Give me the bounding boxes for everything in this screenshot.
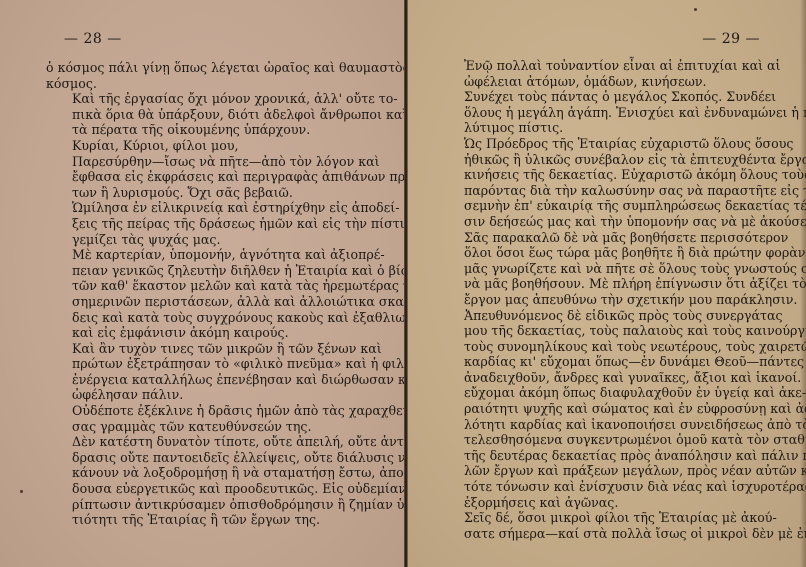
text-line: Δὲν κατέστη δυνατὸν τίποτε, οὔτε ἀπειλή,… <box>46 434 376 450</box>
left-page: — 28 — ὁ κόσμος πάλι γίνῃ ὅπως λέγεται ὡ… <box>0 0 406 567</box>
book-spread: — 28 — ὁ κόσμος πάλι γίνῃ ὅπως λέγεται ὡ… <box>0 0 806 567</box>
text-line: κινήσεις τῆς δεκαετίας. Εὐχαριστῶ ἀκόμη … <box>438 167 768 183</box>
text-line: ραιότητι ψυχῆς καὶ σώματος καὶ ἐν εὐφροσ… <box>438 401 768 417</box>
text-line: πρώτων ἐξετράπησαν τὸ «φιλικὸ πνεῦμα» κα… <box>46 356 376 372</box>
text-line: σεμνὴν ἐπ' εὐκαιρίᾳ τῆς συμπληρώσεως δεκ… <box>438 198 768 214</box>
paragraph: Σεῖς δέ, ὅσοι μικροὶ φίλοι τῆς Ἑταιρίας … <box>438 510 768 541</box>
text-line: λότητι καρδίας καὶ ἱκανοποιήσει συνειδήσ… <box>438 417 768 433</box>
text-line: Κυρίαι, Κύριοι, φίλοι μου, <box>46 138 376 154</box>
text-line: ὅλοι ὅσοι ἕως τώρα μᾶς βοηθῆτε ἢ διὰ πρώ… <box>438 245 768 261</box>
text-line: πικὰ ὅρια θὰ ὑπάρξουν, διότι ἀδελφοὶ ἄνθ… <box>46 107 376 123</box>
paragraph: Μὲ καρτερίαν, ὑπομονήν, ἁγνότητα καὶ ἀξι… <box>46 247 376 341</box>
book-spine-gutter <box>404 0 408 567</box>
paragraph: Οὐδέποτε ἐξέκλινε ἡ δρᾶσις ἡμῶν ἀπὸ τὰς … <box>46 403 376 434</box>
text-line: τὰ πέρατα τῆς οἰκουμένης ὑπάρχουν. <box>46 122 376 138</box>
text-line: εὔχομαι ἀκόμη ὅπως διαφυλαχθοῦν ἐν ὑγείᾳ… <box>438 385 768 401</box>
paragraph: Σᾶς παρακαλῶ δὲ νὰ μᾶς βοηθήσετε περισσό… <box>438 230 768 308</box>
text-line: τῶν καθ' ἕκαστον μελῶν καὶ κατὰ τὰς ἠρεμ… <box>46 278 376 294</box>
text-line: τιότητι τῆς Ἑταιρίας ἢ τῶν ἔργων της. <box>46 512 376 528</box>
text-line: κόσμος. <box>46 76 376 92</box>
text-line: σας γραμμὰς τῶν κατευθύνσεών της. <box>46 419 376 435</box>
right-page: — 29 — Ἐνῷ πολλαὶ τοὐναντίον εἶναι αἱ ἐπ… <box>406 0 806 567</box>
text-line: ἠθικῶς ἢ ὑλικῶς συνέβαλον εἰς τὰ ἐπιτευχ… <box>438 152 768 168</box>
text-line: ρίπτωσιν ἀντικρύσαμεν ὀπισθοδρόμησιν ἢ ζ… <box>46 497 376 513</box>
text-line: σιν δεήσεώς μας καὶ τὴν ὑπομονήν σας νὰ … <box>438 214 768 230</box>
text-line: Οὐδέποτε ἐξέκλινε ἡ δρᾶσις ἡμῶν ἀπὸ τὰς … <box>46 403 376 419</box>
text-line: δεις καὶ κατὰ τοὺς συγχρόνους κακοὺς καὶ… <box>46 310 376 326</box>
text-line: Ὡμίλησα ἐν εἰλικρινείᾳ καὶ ἐστηρίχθην εἰ… <box>46 200 376 216</box>
text-line: τῆς δευτέρας δεκαετίας πρὸς ἀναπόλησιν κ… <box>438 448 768 464</box>
text-line: ὅλους ἡ μεγάλη ἀγάπη. Ἐνισχύει καὶ ἐνδυν… <box>438 105 768 121</box>
text-line: ἔφθασα εἰς ἐκφράσεις καὶ περιγραφὰς ἀπιθ… <box>46 169 376 185</box>
text-line: Μὲ καρτερίαν, ὑπομονήν, ἁγνότητα καὶ ἀξι… <box>46 247 376 263</box>
text-line: Παρεσύρθην—ἴσως νὰ πῆτε—ἀπὸ τὸν λόγον κα… <box>46 154 376 170</box>
text-line: Ὡς Πρόεδρος τῆς Ἑταιρίας εὐχαριστῶ ὅλους… <box>438 136 768 152</box>
text-line: καὶ εἰς ἐμφάνισιν ἀκόμη καιρούς. <box>46 325 376 341</box>
paragraph: Κυρίαι, Κύριοι, φίλοι μου, <box>46 138 376 154</box>
text-line: ἔργον μας ἀπευθύνω τὴν σχετικήν μου παρά… <box>438 292 768 308</box>
text-line: ὠφέλησαν πάλιν. <box>46 387 376 403</box>
right-page-body: Ἐνῷ πολλαὶ τοὐναντίον εἶναι αἱ ἐπιτυχίαι… <box>438 58 768 541</box>
text-line: Ἀπευθυνόμενος δὲ εἰδικῶς πρὸς τοὺς συνερ… <box>438 308 768 324</box>
paragraph: Παρεσύρθην—ἴσως νὰ πῆτε—ἀπὸ τὸν λόγον κα… <box>46 154 376 201</box>
left-page-body: ὁ κόσμος πάλι γίνῃ ὅπως λέγεται ὡραῖος κ… <box>46 60 376 528</box>
text-line: ὠφέλειαι ἀτόμων, ὁμάδων, κινήσεων. <box>438 74 768 90</box>
text-line: σατε σήμερα—καί στὰ πολλὰ ἴσως οἱ μικροὶ… <box>438 526 768 542</box>
text-line: ὁ κόσμος πάλι γίνῃ ὅπως λέγεται ὡραῖος κ… <box>46 60 376 76</box>
text-line: δουσα εὐεργετικῶς καὶ προοδευτικῶς. Εἰς … <box>46 481 376 497</box>
text-line: καρδίας κι' εὔχομαι ὅπως—ἐν δυνάμει Θεοῦ… <box>438 354 768 370</box>
text-line: κάνουν νὰ λοξοδρομήσῃ ἢ νὰ σταματήσῃ ἔστ… <box>46 465 376 481</box>
text-line: μου τῆς δεκαετίας, τοὺς παλαιοὺς καὶ τοὺ… <box>438 323 768 339</box>
paragraph: Ὡς Πρόεδρος τῆς Ἑταιρίας εὐχαριστῶ ὅλους… <box>438 136 768 230</box>
page-number-right: — 29 — <box>702 31 760 47</box>
text-line: τοὺς συνομηλίκους καὶ τοὺς νεωτέρους, το… <box>438 339 768 355</box>
text-line: Καὶ ἂν τυχὸν τινες τῶν μικρῶν ἢ τῶν ξένω… <box>46 341 376 357</box>
paragraph: Ὡμίλησα ἐν εἰλικρινείᾳ καὶ ἐστηρίχθην εἰ… <box>46 200 376 247</box>
paragraph: Ἀπευθυνόμενος δὲ εἰδικῶς πρὸς τοὺς συνερ… <box>438 308 768 511</box>
text-line: λύτιμος πίστις. <box>438 120 768 136</box>
text-line: Συνέχει τοὺς πάντας ὁ μεγάλος Σκοπός. Συ… <box>438 89 768 105</box>
text-line: ξεις τῆς πείρας τῆς δράσεως ἡμῶν καὶ εἰς… <box>46 216 376 232</box>
paragraph: Καὶ τῆς ἐργασίας ὄχι μόνον χρονικά, ἀλλ'… <box>46 91 376 138</box>
text-line: μᾶς γνωρίζετε καὶ νὰ πῆτε σὲ ὅλους τοὺς … <box>438 261 768 277</box>
text-line: ἐξορμήσεις καὶ ἀγῶνας. <box>438 495 768 511</box>
text-line: ἐνέργεια καταλλήλως ἐπενέβησαν καὶ διώρθ… <box>46 372 376 388</box>
text-line: Καὶ τῆς ἐργασίας ὄχι μόνον χρονικά, ἀλλ'… <box>46 91 376 107</box>
paragraph: Δὲν κατέστη δυνατὸν τίποτε, οὔτε ἀπειλή,… <box>46 434 376 528</box>
text-line: Σεῖς δέ, ὅσοι μικροὶ φίλοι τῆς Ἑταιρίας … <box>438 510 768 526</box>
page-edge-shadow <box>800 0 806 567</box>
text-line: δρασις οὔτε παντοειδεῖς ἐλλείψεις, οὔτε … <box>46 450 376 466</box>
text-line: των ἢ λυρισμούς. Ὄχι σᾶς βεβαιῶ. <box>46 185 376 201</box>
text-line: τελεσθησόμενα συγκεντρωμένοι ὁμοῦ κατὰ τ… <box>438 432 768 448</box>
text-line: σημερινῶν περιστάσεων, ἀλλὰ καὶ ἀλλοιώτι… <box>46 294 376 310</box>
paragraph: Συνέχει τοὺς πάντας ὁ μεγάλος Σκοπός. Συ… <box>438 89 768 136</box>
text-line: ἀναδειχθοῦν, ἄνδρες καὶ γυναῖκες, ἄξιοι … <box>438 370 768 386</box>
text-line: τότε τόνωσιν καὶ ἐνίσχυσιν διὰ νέας καὶ … <box>438 479 768 495</box>
text-line: πειαν γενικῶς ζηλευτὴν διῆλθεν ἡ Ἑταιρία… <box>46 263 376 279</box>
text-line: Ἐνῷ πολλαὶ τοὐναντίον εἶναι αἱ ἐπιτυχίαι… <box>438 58 768 74</box>
ink-speck <box>694 8 697 11</box>
paragraph: Καὶ ἂν τυχὸν τινες τῶν μικρῶν ἢ τῶν ξένω… <box>46 341 376 403</box>
text-line: Σᾶς παρακαλῶ δὲ νὰ μᾶς βοηθήσετε περισσό… <box>438 230 768 246</box>
ink-speck <box>20 490 23 493</box>
text-line: παρόντας διὰ τὴν καλωσύνην σας νὰ παραστ… <box>438 183 768 199</box>
text-line: νὰ μᾶς βοηθήσουν. Μὲ πλήρη ἐπίγνωσιν ὅτι… <box>438 276 768 292</box>
text-line: λῶν ἔργων καὶ πράξεων μεγάλων, πρὸς νέαν… <box>438 463 768 479</box>
paragraph: ὁ κόσμος πάλι γίνῃ ὅπως λέγεται ὡραῖος κ… <box>46 60 376 91</box>
paragraph: Ἐνῷ πολλαὶ τοὐναντίον εἶναι αἱ ἐπιτυχίαι… <box>438 58 768 89</box>
page-number-left: — 28 — <box>64 31 122 47</box>
text-line: γεμίζει τὰς ψυχάς μας. <box>46 232 376 248</box>
